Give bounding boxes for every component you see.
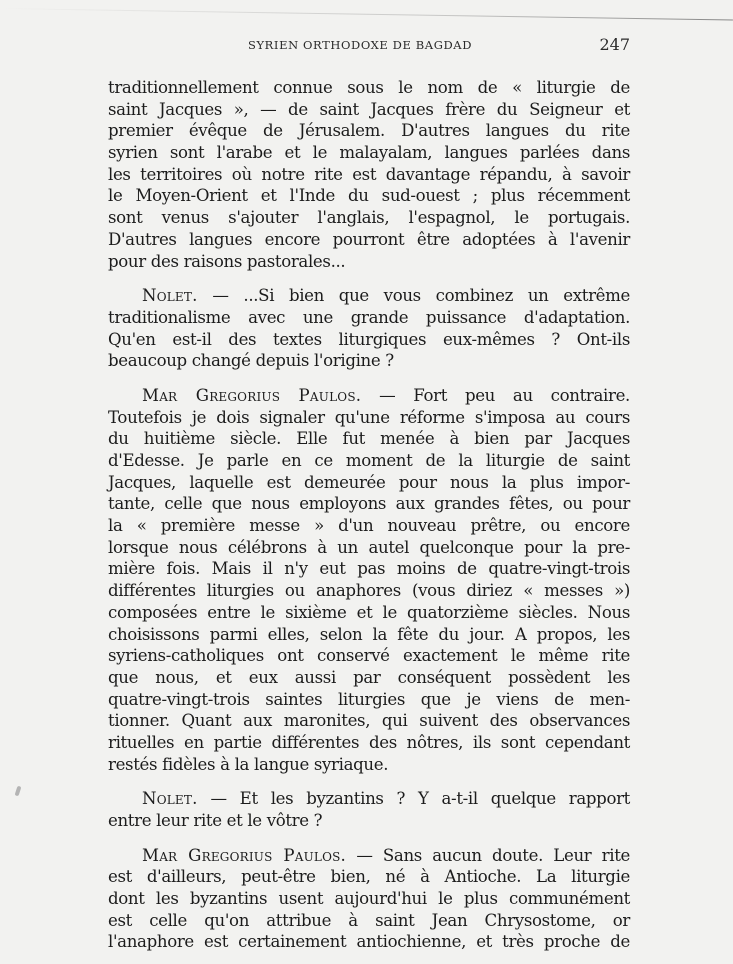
paragraph-continuation: traditionnellement connue sous le nom de…	[108, 77, 630, 272]
text-line: différentes liturgies ou anaphores (vous…	[108, 580, 630, 602]
text-line: tante, celle que nous employons aux gran…	[108, 493, 630, 515]
line-text: — Sans aucun doute. Leur rite	[346, 846, 630, 865]
speaker-name: Nolet.	[142, 789, 198, 808]
text-line: d'Edesse. Je parle en ce moment de la li…	[108, 450, 630, 472]
text-line: les territoires où notre rite est davant…	[108, 164, 630, 186]
line-text: — Et les byzantins ? Y a-t-il quelque ra…	[198, 789, 630, 808]
line-text: — Fort peu au contraire.	[361, 386, 630, 405]
text-line: restés fidèles à la langue syriaque.	[108, 754, 630, 776]
text-line: Toutefois je dois signaler qu'une réform…	[108, 407, 630, 429]
text-line: le Moyen-Orient et l'Inde du sud-ouest ;…	[108, 185, 630, 207]
text-line: Qu'en est-il des textes liturgiques eux-…	[108, 329, 630, 351]
text-line: syriens-catholiques ont conservé exactem…	[108, 645, 630, 667]
page-number: 247	[599, 35, 630, 54]
text-line: beaucoup changé depuis l'origine ?	[108, 350, 630, 372]
text-line: sont venus s'ajouter l'anglais, l'espagn…	[108, 207, 630, 229]
text-line: traditionalisme avec une grande puissanc…	[108, 307, 630, 329]
text-line: Jacques, laquelle est demeurée pour nous…	[108, 472, 630, 494]
text-line: premier évêque de Jérusalem. D'autres la…	[108, 120, 630, 142]
text-line: mière fois. Mais il n'y eut pas moins de…	[108, 558, 630, 580]
text-line: tionner. Quant aux maronites, qui suiven…	[108, 710, 630, 732]
running-title: SYRIEN ORTHODOXE DE BAGDAD	[248, 38, 472, 52]
text-line: du huitième siècle. Elle fut menée à bie…	[108, 428, 630, 450]
body-text: traditionnellement connue sous le nom de…	[108, 77, 630, 964]
text-line: D'autres langues encore pourront être ad…	[108, 229, 630, 251]
text-line: choisissons parmi elles, selon la fête d…	[108, 624, 630, 646]
text-line: traditionnellement connue sous le nom de…	[108, 77, 630, 99]
text-line-first: Mar Gregorius Paulos. — Fort peu au cont…	[108, 385, 630, 407]
text-line-first: Mar Gregorius Paulos. — Sans aucun doute…	[108, 845, 630, 867]
text-line-first: Nolet. — Et les byzantins ? Y a-t-il que…	[108, 788, 630, 810]
text-line: est celle qu'on attribue à saint Jean Ch…	[108, 910, 630, 932]
text-line: composées entre le sixième et le quatorz…	[108, 602, 630, 624]
paragraph-nolet-question: Nolet. — ...Si bien que vous combinez un…	[108, 285, 630, 372]
speaker-name: Nolet.	[142, 286, 198, 305]
text-line-first: Nolet. — ...Si bien que vous combinez un…	[108, 285, 630, 307]
text-line: pour des raisons pastorales...	[108, 251, 630, 273]
paragraph-paulos-answer: Mar Gregorius Paulos. — Fort peu au cont…	[108, 385, 630, 775]
text-line: entre leur rite et le vôtre ?	[108, 810, 630, 832]
speaker-name: Mar Gregorius Paulos.	[142, 846, 346, 865]
paragraph-nolet-question: Nolet. — Et les byzantins ? Y a-t-il que…	[108, 788, 630, 831]
line-text: — ...Si bien que vous combinez un extrêm…	[198, 286, 630, 305]
text-line: l'anaphore est certainement antiochienne…	[108, 931, 630, 953]
running-head: SYRIEN ORTHODOXE DE BAGDAD 247	[108, 36, 630, 56]
text-line: la « première messe » d'un nouveau prêtr…	[108, 515, 630, 537]
text-line: lorsque nous célébrons à un autel quelco…	[108, 537, 630, 559]
speaker-name: Mar Gregorius Paulos.	[142, 386, 361, 405]
text-line: rituelles en partie différentes des nôtr…	[108, 732, 630, 754]
text-line: que nous, et eux aussi par conséquent po…	[108, 667, 630, 689]
text-line: syrien sont l'arabe et le malayalam, lan…	[108, 142, 630, 164]
paragraph-paulos-answer: Mar Gregorius Paulos. — Sans aucun doute…	[108, 845, 630, 953]
text-line: saint Jacques », — de saint Jacques frèr…	[108, 99, 630, 121]
text-line: dont les byzantins usent aujourd'hui le …	[108, 888, 630, 910]
page-edge	[0, 8, 733, 21]
text-line: quatre-vingt-trois saintes liturgies que…	[108, 689, 630, 711]
scan-speck	[15, 786, 22, 797]
text-line: est d'ailleurs, peut-être bien, né à Ant…	[108, 866, 630, 888]
